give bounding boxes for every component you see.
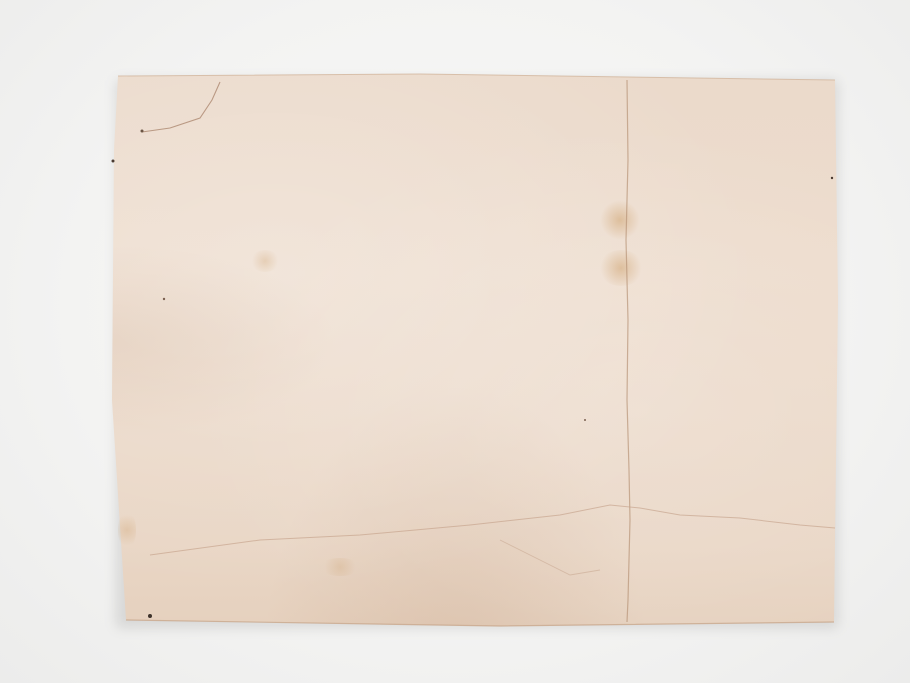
stain-spot [600,200,640,240]
photo-scene [0,0,910,683]
stain-spot [320,558,360,576]
stain-spot [250,250,280,272]
stain-spot [598,250,644,286]
aged-paper-sheet [0,0,910,683]
stain-spot [118,510,136,550]
